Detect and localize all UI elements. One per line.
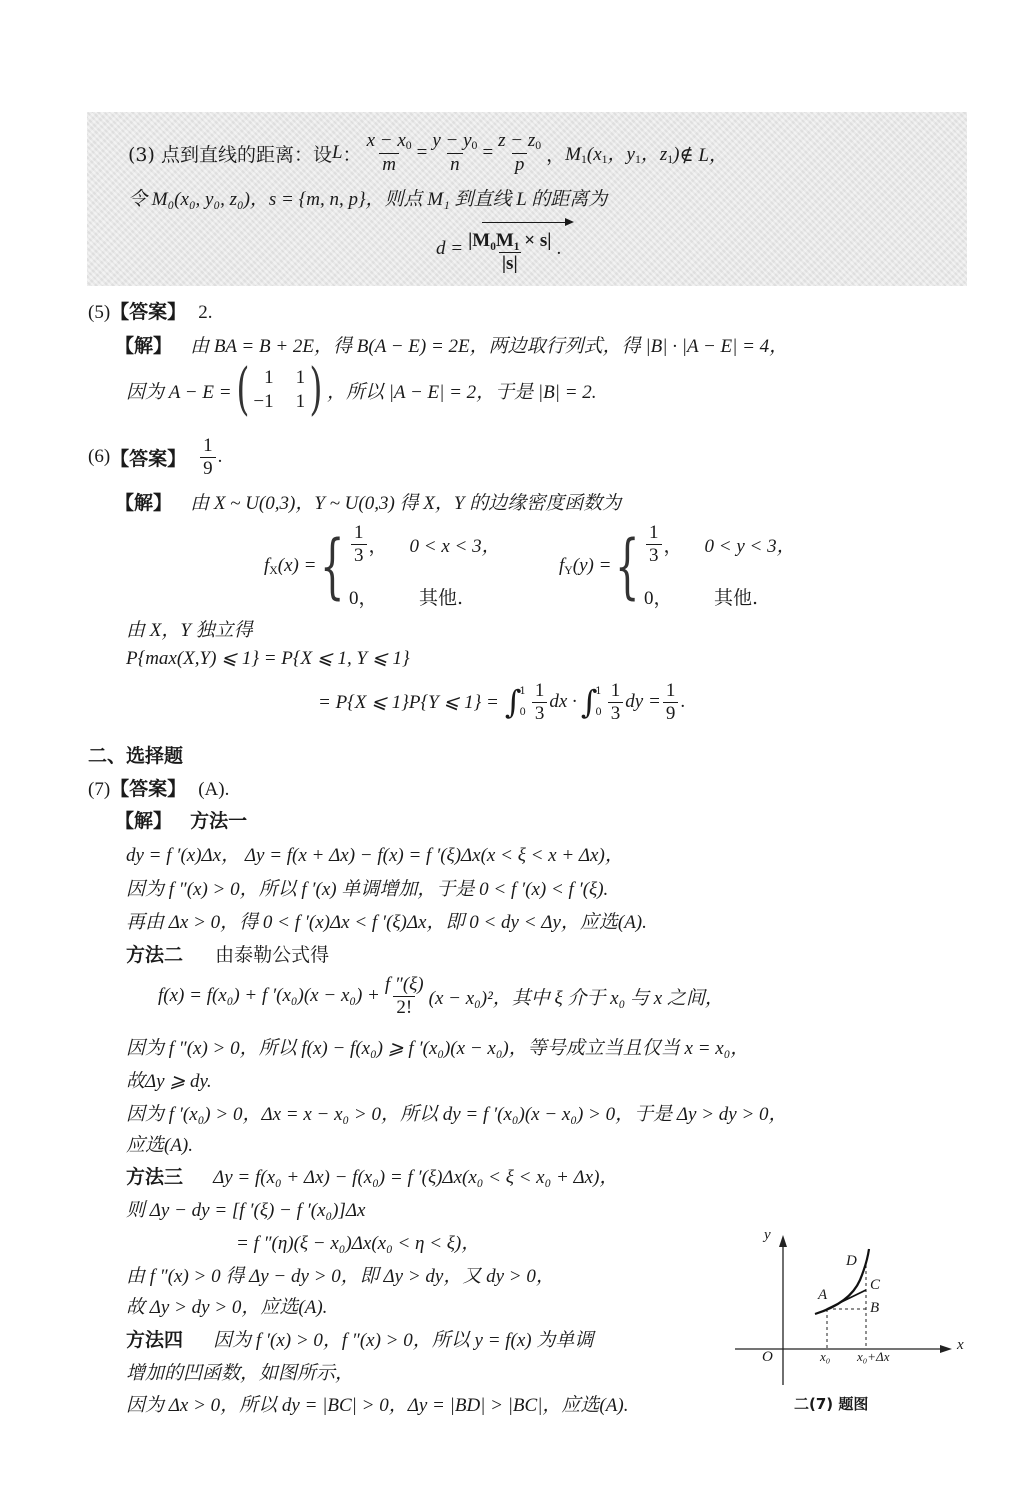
taylor-prefix: f(x) = f(x₀) + f ′(x₀)(x − x₀) + [158, 985, 380, 1007]
frac-den: p [512, 153, 528, 176]
q7-label: (7) [88, 779, 110, 800]
matrix-cell: 1 [296, 367, 306, 389]
fy-cases: 13， 0 < y < 3， 0， 其他. [644, 522, 796, 610]
q6-prob-line1: P{max(X,Y) ⩽ 1} = P{X ⩽ 1, Y ⩽ 1} [126, 647, 410, 670]
not-in-line: ∉ L， [680, 140, 728, 167]
point-c-label: C [870, 1277, 880, 1294]
m4-line2: 增加的凹函数，如图所示， [126, 1358, 354, 1385]
fy-label: fY(y) = [559, 555, 611, 578]
m3-line3: = f ″(η)(ξ − x₀)Δx(x₀ < η < ξ)， [236, 1228, 480, 1255]
q5-answer-line: (5)【答案】 2. [88, 297, 212, 324]
other-case: 其他. [419, 583, 463, 610]
q5-text-3: ，所以 |A − E| = 2，于是 |B| = 2. [327, 377, 597, 404]
method-4-line1: 方法四 因为 f ′(x) > 0，f ″(x) > 0，所以 y = f(x)… [126, 1325, 593, 1352]
m1-line2: 因为 f ″(x) > 0，所以 f ′(x) 单调增加，于是 0 < f ′(… [126, 874, 608, 901]
formula-numerator: |M₀M₁ × s| [468, 230, 551, 251]
point-b-label: B [870, 1300, 879, 1317]
frac-den: n [447, 153, 463, 176]
m1-line1: dy = f ′(x)Δx， Δy = f(x + Δx) − f(x) = f… [126, 840, 624, 867]
m4-line3: 因为 Δx > 0，所以 dy = |BC| > 0，Δy = |BD| > |… [126, 1390, 628, 1417]
figure-caption: 二(7) 题图 [794, 1393, 868, 1414]
x0-tick-label: x₀ [820, 1349, 830, 1365]
method-2-header: 方法二 由泰勒公式得 [126, 940, 329, 967]
q5-text-2: 因为 A − E = [126, 377, 232, 404]
point-m1: M1(x1，y1，z1) [565, 139, 679, 167]
sub: 0 [535, 139, 541, 152]
q6-solution-line1: 【解】 由 X ~ U(0,3)，Y ~ U(0,3) 得 X，Y 的边缘密度函… [115, 488, 621, 515]
matrix-a-minus-e: ( 1 1 −1 1 ) [232, 362, 327, 418]
q5-text-1: 由 BA = B + 2E，得 B(A − E) = 2E，两边取行列式，得 |… [190, 336, 788, 357]
taylor-formula: f(x) = f(x₀) + f ′(x₀)(x − x₀) + f ″(ξ)2… [158, 968, 724, 1024]
matrix-cell: 1 [253, 367, 273, 389]
solution-tag: 【解】 [115, 335, 172, 357]
method-3-line1: 方法三 Δy = f(x₀ + Δx) − f(x₀) = f ′(ξ)Δx(x… [126, 1162, 618, 1189]
q6-text-1: 由 X ~ U(0,3)，Y ~ U(0,3) 得 X，Y 的边缘密度函数为 [190, 493, 621, 514]
q6-answer-line: (6)【答案】 1 9 . [88, 434, 222, 480]
frac-num: 1 [200, 435, 216, 457]
answer-tag: 【答案】 [110, 301, 186, 323]
box-line1-prefix: (3) 点到直线的距离：设 [128, 140, 332, 167]
matrix-cell: −1 [253, 391, 273, 413]
solution-tag: 【解】 [115, 810, 172, 832]
answer-tag: 【答案】 [110, 444, 186, 471]
section-title: 二、选择题 [88, 741, 183, 768]
sub: 0 [472, 139, 478, 152]
origin-label: O [762, 1349, 773, 1366]
taylor-fraction: f ″(ξ)2! [382, 974, 427, 1019]
m2-line2: 因为 f ″(x) > 0，所以 f(x) − f(x₀) ⩾ f ′(x₀)(… [126, 1033, 749, 1060]
density-fx: fX(x) = { 13， 0 < x < 3， 0， 其他. [264, 520, 501, 612]
point-d-label: D [846, 1253, 857, 1270]
distance-formula: d = |M₀M₁ × s| |s| . [436, 218, 561, 280]
q7-answer-line: (7)【答案】 (A). [88, 774, 229, 801]
fx-label: fX(x) = [264, 555, 316, 578]
box-line-1: (3) 点到直线的距离：设 L ： x − x0 m = y − y0 n = … [128, 128, 728, 178]
m3-line5: 故 Δy > dy > 0，应选(A). [126, 1292, 327, 1319]
fx-cases: 13， 0 < x < 3， 0， 其他. [349, 522, 501, 610]
q5-solution-line2: 因为 A − E = ( 1 1 −1 1 ) ，所以 |A − E| = 2，… [126, 362, 597, 418]
point-a-label: A [818, 1287, 827, 1304]
solution-tag: 【解】 [115, 492, 172, 514]
m2-line4: 因为 f ′(x₀) > 0，Δx = x − x₀ > 0，所以 dy = f… [126, 1099, 788, 1126]
q5-label: (5) [88, 302, 110, 323]
density-fy: fY(y) = { 13， 0 < y < 3， 0， 其他. [559, 520, 796, 612]
y-axis-label: y [764, 1227, 771, 1244]
frac-num: z − z [498, 130, 535, 151]
m2-intro: 由泰勒公式得 [215, 944, 329, 966]
fy-condition: 0 < y < 3， [705, 531, 796, 558]
q6-independence: 由 X，Y 独立得 [126, 615, 253, 642]
fraction-x: x − x0 m [364, 130, 415, 175]
x0-plus-dx-tick-label: x₀+Δx [857, 1349, 889, 1365]
frac-num: y − y [432, 130, 471, 151]
q5-answer: 2. [198, 302, 212, 323]
q5-solution-line1: 【解】 由 BA = B + 2E，得 B(A − E) = 2E，两边取行列式… [115, 331, 788, 358]
q7-answer: (A). [198, 779, 229, 800]
box-line-2: 令 M₀(x₀, y₀, z₀)，s = {m, n, p}，则点 M₁ 到直线… [128, 184, 607, 211]
dy: dy = [625, 691, 661, 713]
method-2-title: 方法二 [126, 944, 183, 966]
prob-text: = P{X ⩽ 1}P{Y ⩽ 1} = [318, 691, 499, 714]
m4-text-1: 因为 f ′(x) > 0，f ″(x) > 0，所以 y = f(x) 为单调 [213, 1330, 593, 1351]
q6-label: (6) [88, 446, 110, 468]
taylor-suffix: (x − x₀)²，其中 ξ 介于 x₀ 与 x 之间， [429, 983, 724, 1010]
frac-den: m [379, 153, 399, 176]
dot: . [218, 446, 223, 468]
method-1-title: 方法一 [190, 810, 247, 832]
fraction-z: z − z0 p [495, 130, 544, 175]
fraction-y: y − y0 n [429, 130, 480, 175]
m3-line4: 由 f ″(x) > 0 得 Δy − dy > 0，即 Δy > dy，又 d… [126, 1261, 555, 1288]
m2-line3: 故Δy ⩾ dy. [126, 1066, 212, 1093]
frac-num: x − x [367, 130, 406, 151]
matrix-cell: 1 [296, 391, 306, 413]
other-case: 其他. [714, 583, 758, 610]
method-3-title: 方法三 [126, 1166, 183, 1188]
vector-arrow [482, 218, 574, 226]
frac-den: 9 [200, 457, 216, 480]
q6-prob-line2: = P{X ⩽ 1}P{Y ⩽ 1} = ∫ 10 13 dx · ∫ 10 1… [318, 674, 685, 730]
m2-line5: 应选(A). [126, 1130, 193, 1157]
m3-text-1: Δy = f(x₀ + Δx) − f(x₀) = f ′(ξ)Δx(x₀ < … [213, 1167, 618, 1188]
colon: ： [343, 140, 362, 167]
sub: 0 [406, 139, 412, 152]
figure-convex-function: y x O x₀ x₀+Δx A B C D 二(7) 题图 [730, 1225, 980, 1425]
distance-fraction: |M₀M₁ × s| |s| [465, 224, 554, 275]
method-4-title: 方法四 [126, 1329, 183, 1351]
answer-tag: 【答案】 [110, 778, 186, 800]
line-symbol: L [332, 142, 343, 164]
fx-condition: 0 < x < 3， [410, 531, 501, 558]
formula-denominator: |s| [499, 252, 521, 275]
m3-line2: 则 Δy − dy = [f ′(ξ) − f ′(x₀)]Δx [126, 1195, 365, 1222]
q7-solution-header: 【解】 方法一 [115, 806, 247, 833]
q6-answer-fraction: 1 9 [200, 435, 216, 480]
dx: dx · [549, 691, 576, 713]
formula-d: d = [436, 238, 463, 260]
x-axis-label: x [957, 1337, 964, 1354]
m1-line3: 再由 Δx > 0，得 0 < f ′(x)Δx < f ′(ξ)Δx，即 0 … [126, 907, 647, 934]
